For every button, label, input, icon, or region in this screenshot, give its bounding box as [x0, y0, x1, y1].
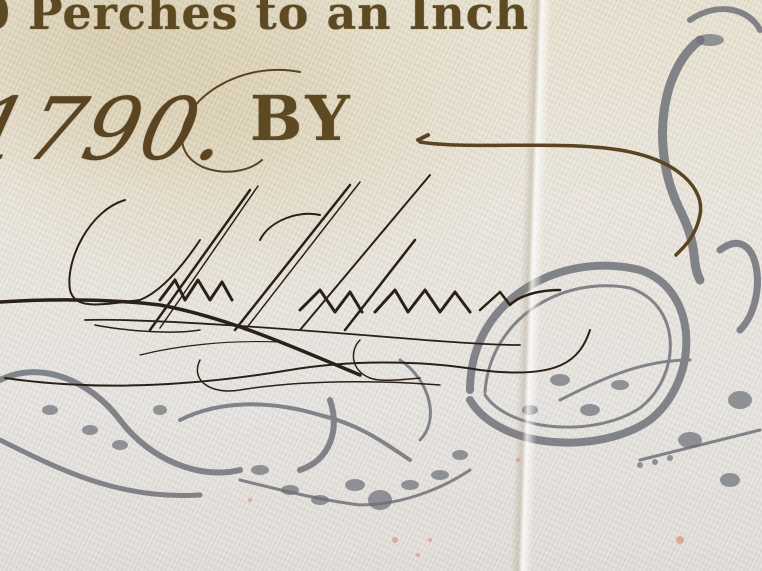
document-photo: 0 Perches to an Inch 1790. BY	[0, 0, 762, 571]
signature	[0, 0, 762, 571]
